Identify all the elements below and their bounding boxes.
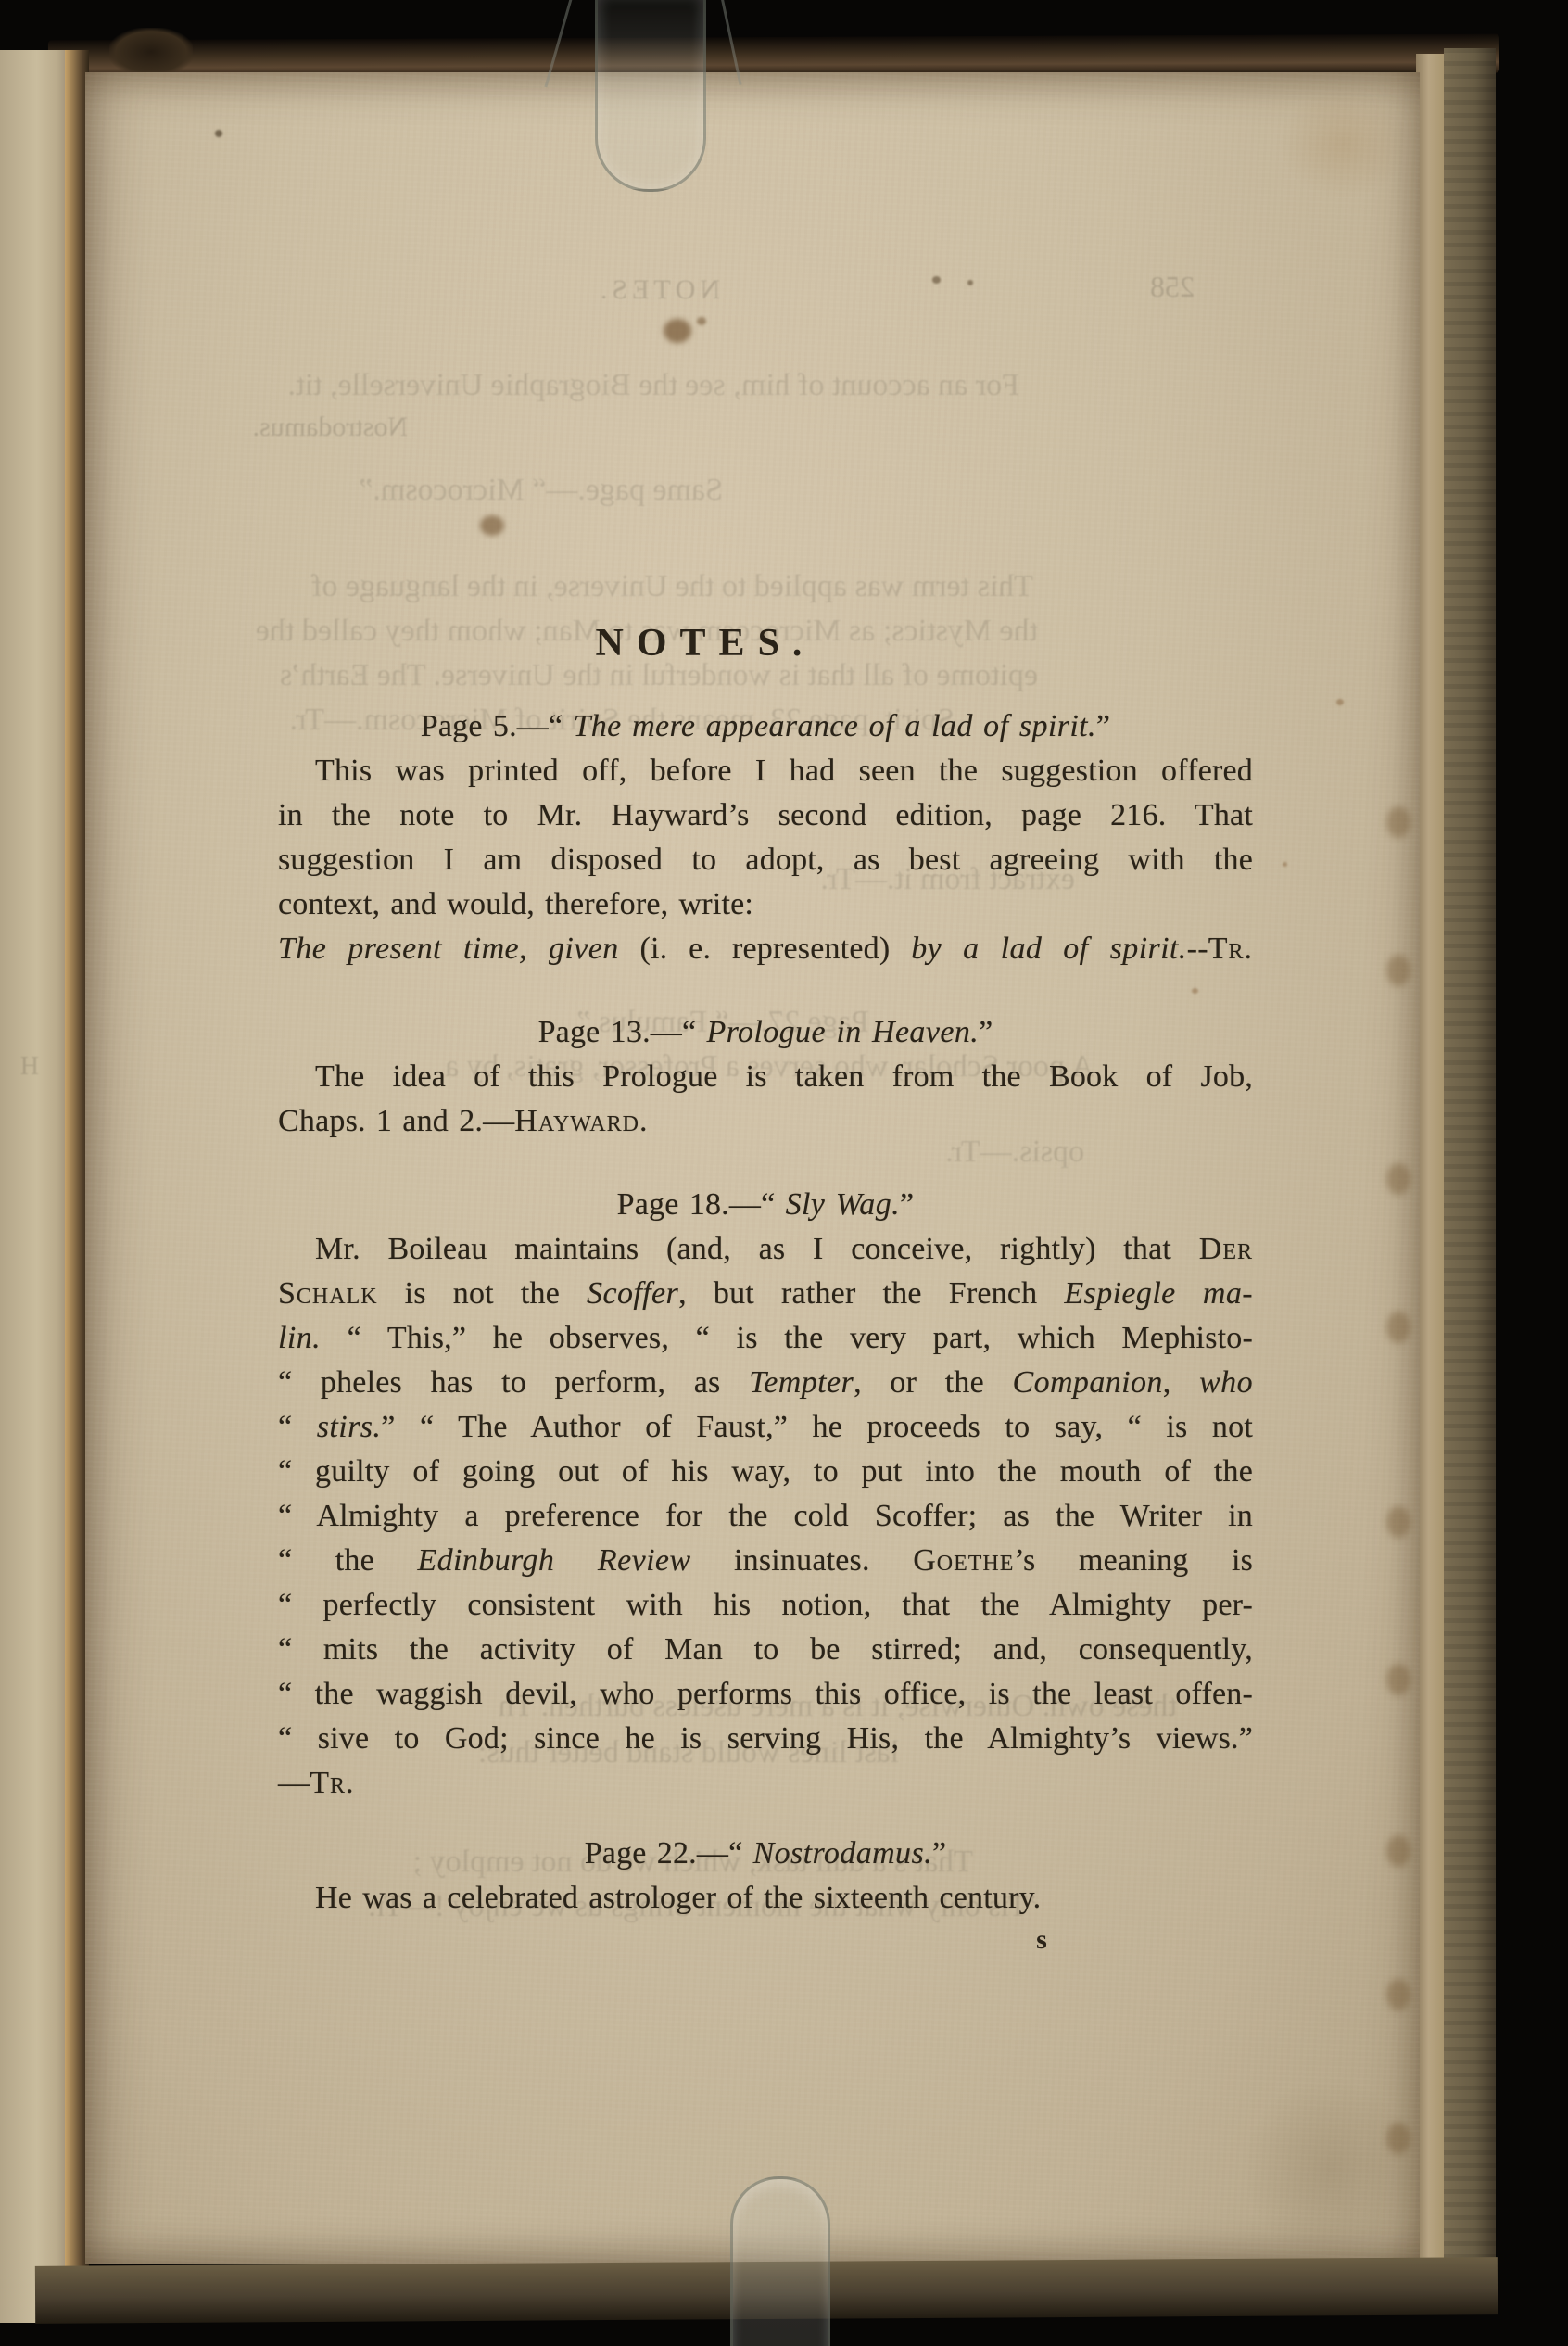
text-line: lin. “ This,” he observes, “ is the very… (278, 1316, 1253, 1361)
fore-edge-dark (1444, 48, 1496, 2273)
text-line: “ stirs.” “ The Author of Faust,” he pro… (278, 1405, 1253, 1450)
text-line: Mr. Boileau maintains (and, as I conceiv… (278, 1227, 1253, 1272)
film-strap-top (595, 0, 706, 192)
text-line: “ mits the activity of Man to be stirred… (278, 1628, 1253, 1672)
signature-mark: s (1025, 1924, 1058, 1956)
text-line: Chaps. 1 and 2.—Hayward. (278, 1099, 1253, 1144)
corner-stain (1279, 88, 1409, 199)
bleedthrough-text: NOTES. (537, 271, 778, 310)
foxing-spot (932, 276, 941, 284)
text-line: He was a celebrated astrologer of the si… (278, 1876, 1253, 1921)
text-line: —Tr. (278, 1761, 1253, 1806)
text-column: NOTES. Page 5.—“ The mere appearance of … (278, 619, 1253, 1959)
text-line: “ Almighty a preference for the cold Sco… (278, 1494, 1253, 1539)
text-line: “ perfectly consistent with his notion, … (278, 1583, 1253, 1628)
text-line: context, and would, therefore, write: (278, 882, 1253, 927)
foxing-spot (1386, 1835, 1410, 1867)
section-heading: Page 22.—“ Nostrodamus.” (278, 1832, 1253, 1876)
foxing-spot (1386, 806, 1410, 838)
fore-edge-light (1416, 54, 1444, 2271)
foxing-spot (1386, 1664, 1410, 1695)
text-line: “ the waggish devil, who performs this o… (278, 1672, 1253, 1717)
corner-stain (1242, 2076, 1418, 2262)
foxing-spot (697, 317, 706, 325)
text-line: This was printed off, before I had seen … (278, 749, 1253, 793)
bleedthrough-text: For an account of him, see the Biographi… (139, 366, 1019, 405)
foxing-spot (1386, 1979, 1410, 2010)
text-line: “ pheles has to perform, as Tempter, or … (278, 1361, 1253, 1405)
bleedthrough-text: H (2, 1047, 39, 1086)
foxing-spot (1386, 1312, 1410, 1343)
text-line: “ the Edinburgh Review insinuates. Goeth… (278, 1539, 1253, 1583)
foxing-spot (1386, 1163, 1410, 1195)
bleedthrough-text: Nostrodamus. (102, 408, 408, 447)
section-heading: Page 18.—“ Sly Wag.” (278, 1183, 1253, 1227)
bleedthrough-text: This term was applied to the Universe, i… (125, 567, 1033, 606)
note-section-page13: Page 13.—“ Prologue in Heaven.” The idea… (278, 1010, 1253, 1144)
section-heading: Page 13.—“ Prologue in Heaven.” (278, 1010, 1253, 1055)
foxing-spot (1386, 1506, 1410, 1538)
text-line: Schalk is not the Scoffer, but rather th… (278, 1272, 1253, 1316)
film-strap-bottom (730, 2176, 830, 2346)
text-line: “ guilty of going out of his way, to put… (278, 1450, 1253, 1494)
binding-knot (109, 28, 193, 76)
foxing-spot (1283, 862, 1287, 867)
foxing-spot (1386, 955, 1410, 986)
text-line: The present time, given (i. e. represent… (278, 927, 1253, 971)
section-heading: Page 5.—“ The mere appearance of a lad o… (278, 704, 1253, 749)
note-section-page5: Page 5.—“ The mere appearance of a lad o… (278, 704, 1253, 971)
text-line: in the note to Mr. Hayward’s second edit… (278, 793, 1253, 838)
text-line: suggestion I am disposed to adopt, as be… (278, 838, 1253, 882)
facing-page-edge (0, 50, 67, 2323)
text-line: “ sive to God; since he is serving His, … (278, 1717, 1253, 1761)
bleedthrough-text: Same page.—“ Microcosm.” (278, 471, 723, 510)
book-photograph: 258 NOTES. For an account of him, see th… (0, 0, 1568, 2346)
foxing-spot (664, 319, 691, 343)
foxing-spot (215, 130, 222, 137)
note-section-page22: Page 22.—“ Nostrodamus.” He was a celebr… (278, 1832, 1253, 1921)
foxing-spot (967, 280, 973, 285)
page-title: NOTES. (278, 619, 1253, 667)
foxing-spot (1336, 699, 1344, 705)
text-line: The idea of this Prologue is taken from … (278, 1055, 1253, 1099)
note-section-page18: Page 18.—“ Sly Wag.” Mr. Boileau maintai… (278, 1183, 1253, 1806)
bleedthrough-text: 258 (1117, 267, 1228, 306)
foxing-spot (480, 515, 504, 536)
